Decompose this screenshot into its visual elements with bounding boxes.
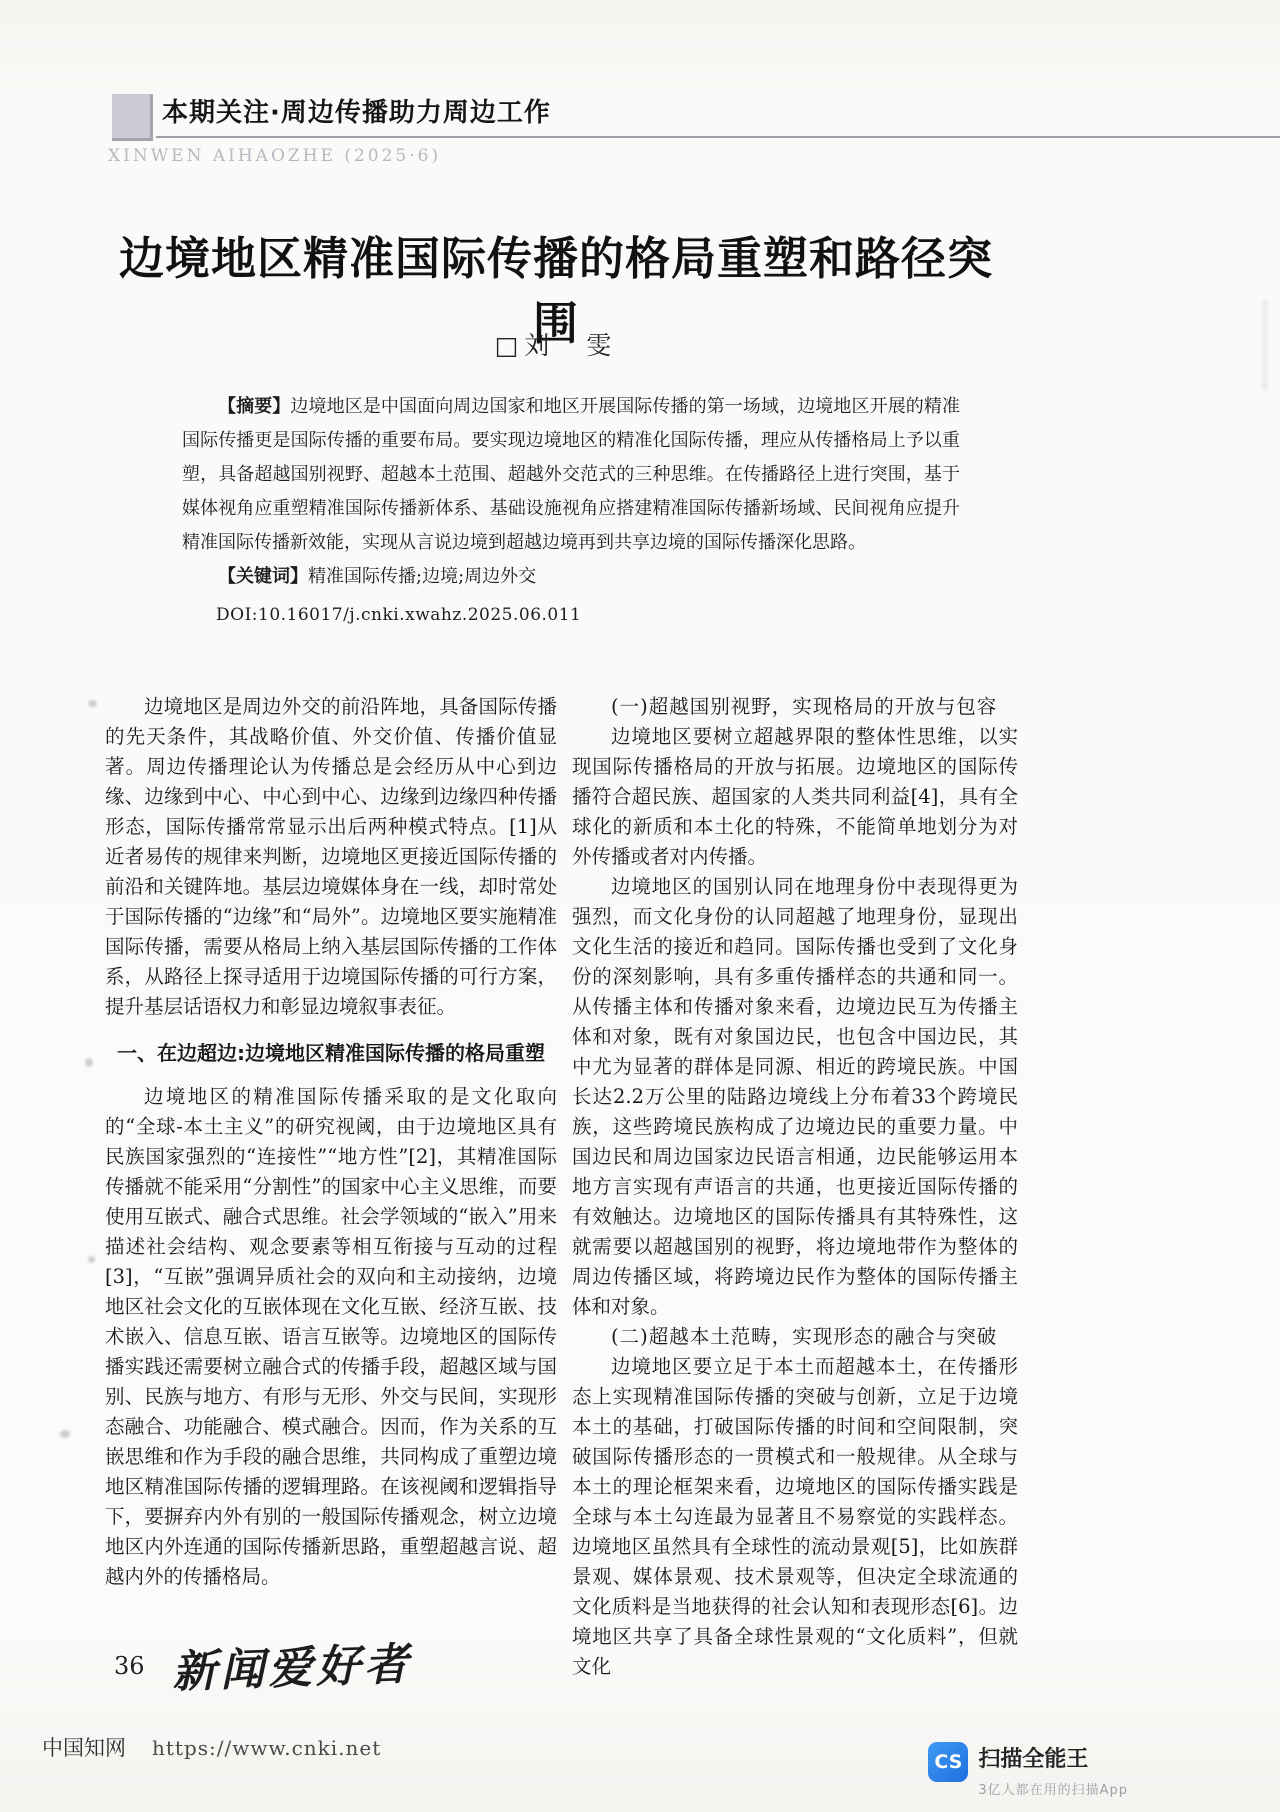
right-paragraph-2: 边境地区的国别认同在地理身份中表现得更为强烈，而文化身份的认同超越了地理身份，显… bbox=[572, 872, 1018, 1322]
subsection-heading-2: (二)超越本土范畴，实现形态的融合与突破 bbox=[572, 1322, 1018, 1352]
abstract-text: 边境地区是中国面向周边国家和地区开展国际传播的第一场域，边境地区开展的精准国际传… bbox=[182, 396, 960, 553]
camscanner-text: 扫描全能王 3亿人都在用的扫描App bbox=[978, 1742, 1128, 1798]
camscanner-name: 扫描全能王 bbox=[978, 1742, 1128, 1773]
scan-speck bbox=[85, 1058, 93, 1067]
section-label: 本期关注·周边传播助力周边工作 bbox=[162, 92, 551, 129]
scan-speck bbox=[1262, 300, 1268, 390]
camscanner-tagline: 3亿人都在用的扫描App bbox=[978, 1779, 1128, 1798]
cnki-site-name: 中国知网 bbox=[42, 1736, 126, 1760]
right-paragraph-1: 边境地区要树立超越界限的整体性思维，以实现国际传播格局的开放与拓展。边境地区的国… bbox=[572, 722, 1018, 872]
doi-line: DOI:10.16017/j.cnki.xwahz.2025.06.011 bbox=[182, 598, 960, 632]
body-column-left: 边境地区是周边外交的前沿阵地，具备国际传播的先天条件，其战略价值、外交价值、传播… bbox=[105, 692, 557, 1592]
page-number: 36 bbox=[114, 1652, 145, 1680]
subsection-heading-1: (一)超越国别视野，实现格局的开放与包容 bbox=[572, 692, 1018, 722]
scan-speck bbox=[88, 700, 97, 707]
scanned-journal-page: 本期关注·周边传播助力周边工作 XINWEN AIHAOZHE (2025·6)… bbox=[0, 0, 1280, 1812]
keywords-label: 【关键词】 bbox=[218, 566, 308, 587]
abstract-block: 【摘要】边境地区是中国面向周边国家和地区开展国际传播的第一场域，边境地区开展的精… bbox=[182, 390, 960, 632]
left-paragraph-2: 边境地区的精准国际传播采取的是文化取向的“全球-本土主义”的研究视阈，由于边境地… bbox=[105, 1082, 557, 1592]
abstract-paragraph: 【摘要】边境地区是中国面向周边国家和地区开展国际传播的第一场域，边境地区开展的精… bbox=[182, 390, 960, 560]
cnki-url[interactable]: https://www.cnki.net bbox=[152, 1736, 381, 1760]
section-heading-1: 一、在边超边:边境地区精准国际传播的格局重塑 bbox=[105, 1038, 557, 1068]
journal-logo: 新闻爱好者 bbox=[171, 1628, 413, 1700]
right-paragraph-3: 边境地区要立足于本土而超越本土，在传播形态上实现精准国际传播的突破与创新，立足于… bbox=[572, 1352, 1018, 1682]
keywords-text: 精准国际传播;边境;周边外交 bbox=[308, 566, 536, 587]
left-paragraph-1: 边境地区是周边外交的前沿阵地，具备国际传播的先天条件，其战略价值、外交价值、传播… bbox=[105, 692, 557, 1022]
body-column-right: (一)超越国别视野，实现格局的开放与包容 边境地区要树立超越界限的整体性思维，以… bbox=[572, 692, 1018, 1682]
header-divider bbox=[156, 136, 1280, 138]
scan-speck bbox=[88, 1256, 95, 1263]
section-marker-square bbox=[112, 94, 153, 141]
author-line: □刘 雯 bbox=[100, 326, 1012, 362]
abstract-label: 【摘要】 bbox=[218, 396, 290, 417]
camscanner-watermark: CS 扫描全能王 3亿人都在用的扫描App bbox=[928, 1742, 1128, 1798]
scan-speck bbox=[60, 1430, 70, 1438]
cnki-footer: 中国知网https://www.cnki.net bbox=[42, 1732, 381, 1762]
running-head: XINWEN AIHAOZHE (2025·6) bbox=[108, 146, 441, 166]
camscanner-icon: CS bbox=[928, 1742, 968, 1782]
keywords-paragraph: 【关键词】精准国际传播;边境;周边外交 bbox=[182, 560, 960, 594]
